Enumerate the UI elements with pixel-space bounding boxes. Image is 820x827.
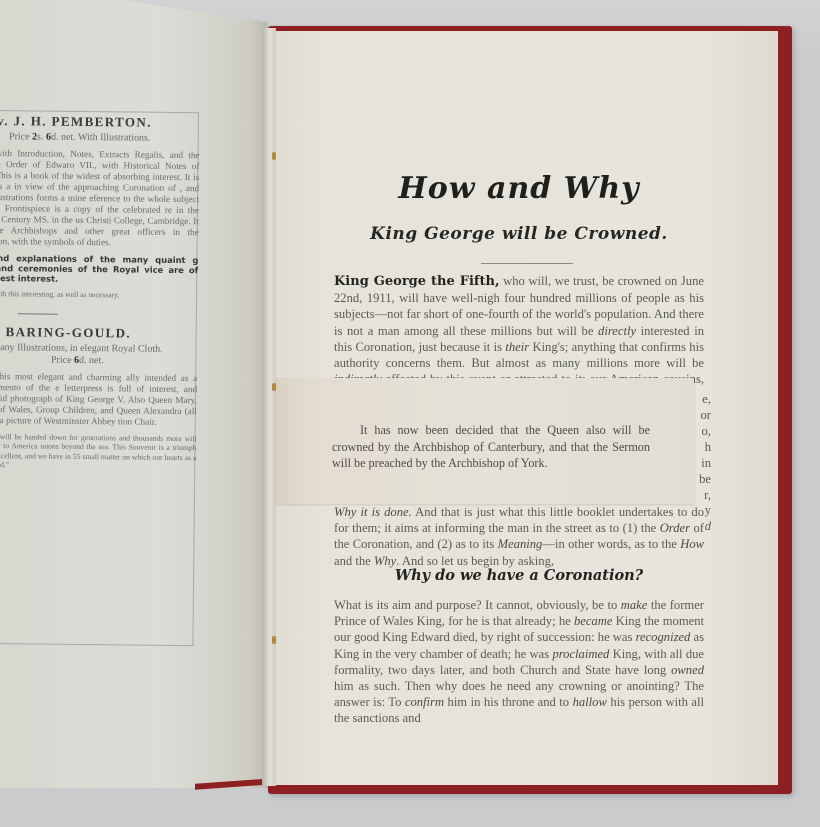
emphasis: recognized	[636, 630, 691, 644]
emphasis: owned	[671, 663, 704, 677]
price-suffix: d. net. With Illustrations.	[51, 132, 151, 144]
emphasis: How	[680, 537, 704, 551]
text: What is its aim and purpose? It cannot, …	[334, 598, 621, 612]
ad2-description: uvenir. This most elegant and charming a…	[0, 370, 197, 428]
binding-stitch	[272, 152, 276, 160]
emphasis: their	[505, 340, 529, 354]
ad1-footer: in the field with this interesting, as w…	[0, 289, 198, 301]
emphasis: Why it is done.	[334, 505, 412, 519]
binding-stitch	[272, 636, 276, 644]
ad1-author: ev. J. H. PEMBERTON.	[0, 115, 200, 128]
text: —in other words, as to the	[542, 537, 680, 551]
pasted-erratum-slip: It has now been decided that the Queen a…	[276, 378, 694, 504]
left-page: ev. J. H. PEMBERTON. Price 2s. 6d. net. …	[0, 0, 268, 788]
emphasis: Why	[374, 554, 396, 568]
emphasis: hallow	[573, 695, 607, 709]
ad2-description-text: This most elegant and charming ally inte…	[0, 371, 197, 427]
text: and the	[334, 554, 374, 568]
ad1-price: Price 2s. 6d. net. With Illustrations.	[0, 131, 200, 145]
title-divider	[481, 263, 573, 264]
price-prefix: Price	[51, 354, 74, 365]
ad2-review: little Volume will be handed down for ge…	[0, 431, 197, 472]
ad2-price: Price 6d. net.	[0, 353, 197, 367]
section-heading: Why do we have a Coronation?	[334, 567, 704, 584]
price-suffix: d. net.	[79, 354, 104, 365]
emphasis: became	[574, 614, 612, 628]
price-prefix: Price	[9, 131, 32, 142]
ad2-author: S. BARING-GOULD.	[0, 325, 198, 338]
slip-text: It has now been decided that the Queen a…	[332, 422, 650, 472]
emphasis: directly	[598, 324, 636, 338]
divider	[18, 313, 58, 314]
page-title: How and Why	[334, 171, 704, 206]
text: . And so let us begin by asking,	[396, 554, 554, 568]
emphasis: make	[621, 598, 648, 612]
advertisement-content: ev. J. H. PEMBERTON. Price 2s. 6d. net. …	[0, 111, 200, 478]
continuation-paragraph: Why it is done. And that is just what th…	[334, 504, 704, 569]
emphasis: proclaimed	[552, 647, 609, 661]
ad1-bold-note: notes and explanations of the many quain…	[0, 253, 198, 286]
emphasis: Order	[660, 521, 690, 535]
slip-text-content: It has now been decided that the Queen a…	[332, 423, 650, 470]
ad2-illustrations: many Illustrations, in elegant Royal Clo…	[0, 341, 198, 355]
advertisement-box: ev. J. H. PEMBERTON. Price 2s. 6d. net. …	[0, 110, 199, 646]
ad1-description-text: with Introduction, Notes, Extracts Regal…	[0, 148, 200, 247]
section-paragraph: What is its aim and purpose? It cannot, …	[334, 597, 704, 727]
ad1-description: ervice, with Introduction, Notes, Extrac…	[0, 148, 200, 250]
intro-lead: King George the Fifth,	[334, 274, 499, 289]
emphasis: confirm	[405, 695, 444, 709]
book-gutter	[262, 28, 276, 786]
page-subtitle: King George will be Crowned.	[334, 224, 704, 244]
emphasis: Meaning	[498, 537, 543, 551]
text: him in his throne and to	[444, 695, 573, 709]
